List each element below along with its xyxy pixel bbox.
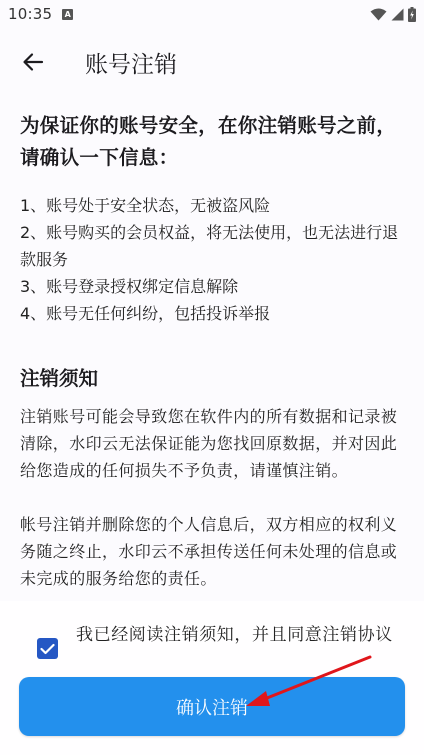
info-item: 3、账号登录授权绑定信息解除 [20, 273, 400, 300]
confirm-deregister-button[interactable]: 确认注销 [19, 677, 405, 736]
app-bar: 账号注销 [0, 34, 424, 90]
info-list: 1、账号处于安全状态，无被盗风险 2、账号购买的会员权益，将无法使用，也无法进行… [20, 192, 400, 327]
back-button[interactable] [13, 42, 53, 82]
content-scroll-area[interactable]: 为保证你的账号安全，在你注销账号之前，请确认一下信息： 1、账号处于安全状态，无… [20, 110, 400, 592]
info-item: 4、账号无任何纠纷，包括投诉举报 [20, 300, 400, 327]
notification-a-icon: A [62, 9, 73, 20]
checkmark-icon [40, 643, 55, 655]
agree-checkbox[interactable] [37, 638, 58, 659]
notice-paragraph: 帐号注销并删除您的个人信息后，双方相应的权利义务随之终止，水印云不承担传送任何未… [20, 511, 400, 592]
headline: 为保证你的账号安全，在你注销账号之前，请确认一下信息： [20, 110, 400, 174]
status-left: 10:35 A [8, 5, 73, 23]
notice-title: 注销须知 [20, 365, 400, 393]
info-item: 2、账号购买的会员权益，将无法使用，也无法进行退款服务 [20, 219, 400, 273]
info-item: 1、账号处于安全状态，无被盗风险 [20, 192, 400, 219]
arrow-left-icon [22, 51, 44, 73]
status-bar: 10:35 A [0, 0, 424, 28]
status-right [370, 7, 416, 22]
notice-paragraph: 注销账号可能会导致您在软件内的所有数据和记录被清除，水印云无法保证能为您找回原数… [20, 403, 400, 484]
signal-icon [391, 8, 404, 21]
wifi-icon [370, 8, 387, 21]
status-time: 10:35 [8, 5, 52, 23]
agree-label[interactable]: 我已经阅读注销须知，并且同意注销协议 [76, 622, 406, 649]
battery-charging-icon [408, 7, 416, 22]
page-title: 账号注销 [85, 46, 177, 79]
